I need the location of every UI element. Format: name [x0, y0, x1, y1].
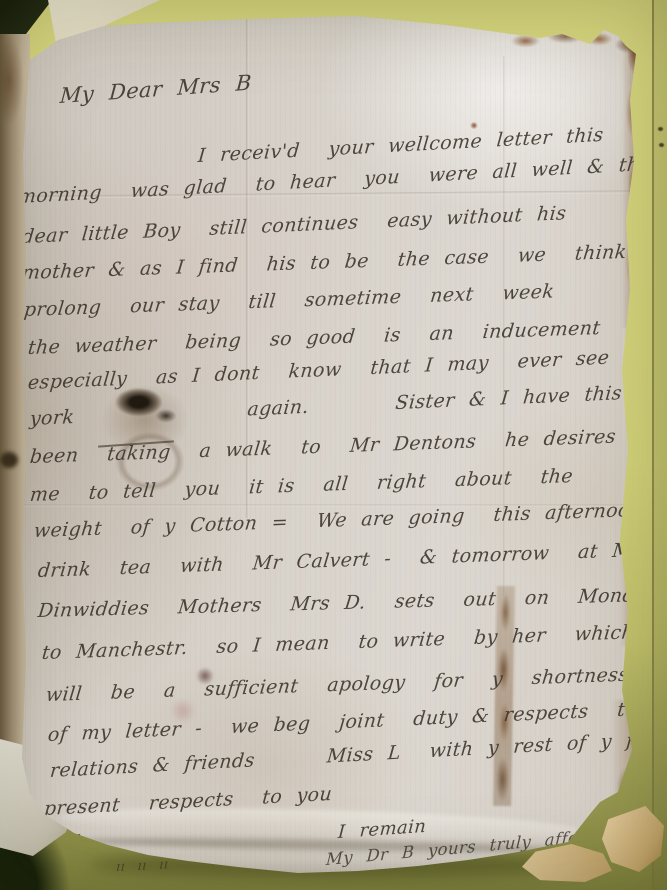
letter-line: relations & friends Miss L with y rest o… [49, 727, 667, 783]
small-stain [470, 122, 478, 129]
letter-line: especially as I dont know that I may eve… [27, 347, 610, 394]
burnt-edge-right [596, 700, 640, 812]
ink-blot-stain [78, 352, 238, 504]
letter-paper: My Dear Mrs B I receiv'd your wellcome l… [0, 0, 667, 890]
small-stain [196, 668, 214, 684]
ink-scribble: ıı ıı ıı [115, 857, 169, 875]
letter-line: to Manchestr. so I mean to write by her … [41, 621, 636, 664]
fold-crease-horizontal [18, 190, 630, 198]
burnt-edge-top [500, 16, 642, 64]
letter-line: mother & as I find his to be the case we… [21, 240, 662, 284]
burnt-edge-right [608, 536, 638, 646]
letter-line: me to tell you it is all right about the [29, 465, 574, 506]
ink-strike-mark [98, 440, 174, 447]
fold-crease-vertical [246, 18, 249, 518]
letter-line: the weather being so good is an induceme… [27, 317, 602, 359]
folded-bottom-edge-shadow [70, 836, 570, 855]
folded-bottom-edge [60, 803, 581, 845]
letter-line: been taking a walk to Mr Dentons he desi… [29, 425, 617, 468]
letter-line: of my letter - we beg joint duty & respe… [47, 697, 667, 747]
dark-mark-left-edge [0, 452, 18, 468]
letter-photograph: My Dear Mrs B I receiv'd your wellcome l… [0, 0, 667, 890]
closing-remain: I remain [337, 816, 427, 843]
fold-crease-vertical [503, 56, 506, 596]
mat-page-edge-line [652, 0, 667, 890]
letter-line: Dinwiddies Mothers Mrs D. sets out on Mo… [37, 584, 660, 622]
letter-line: dear little Boy still continues easy wit… [21, 202, 567, 248]
letter-line: I receiv'd your wellcome letter this [197, 124, 604, 167]
small-stain [170, 700, 196, 722]
mat-speck [658, 127, 663, 131]
salutation: My Dear Mrs B [59, 71, 252, 109]
fold-crease-horizontal [10, 504, 650, 507]
letter-line: present respects to you [43, 783, 333, 820]
mat-speck [659, 143, 664, 147]
letter-line: prolong our stay till sometime next week [23, 280, 556, 321]
letter-line: york again. Sister & I have this morng- [29, 378, 667, 430]
fold-stain [493, 586, 515, 806]
letter-line: will be a sufficient apology for y short… [45, 664, 630, 706]
letter-line: weight of y Cotton = We are going this a… [33, 498, 667, 543]
letter-line: drink tea with Mr Calvert - & tomorrow a… [37, 539, 653, 583]
burnt-edge-right [604, 28, 642, 328]
torn-paper-fragment-right [522, 844, 612, 882]
letter-line: morning was glad to hear you were all we… [17, 150, 667, 208]
